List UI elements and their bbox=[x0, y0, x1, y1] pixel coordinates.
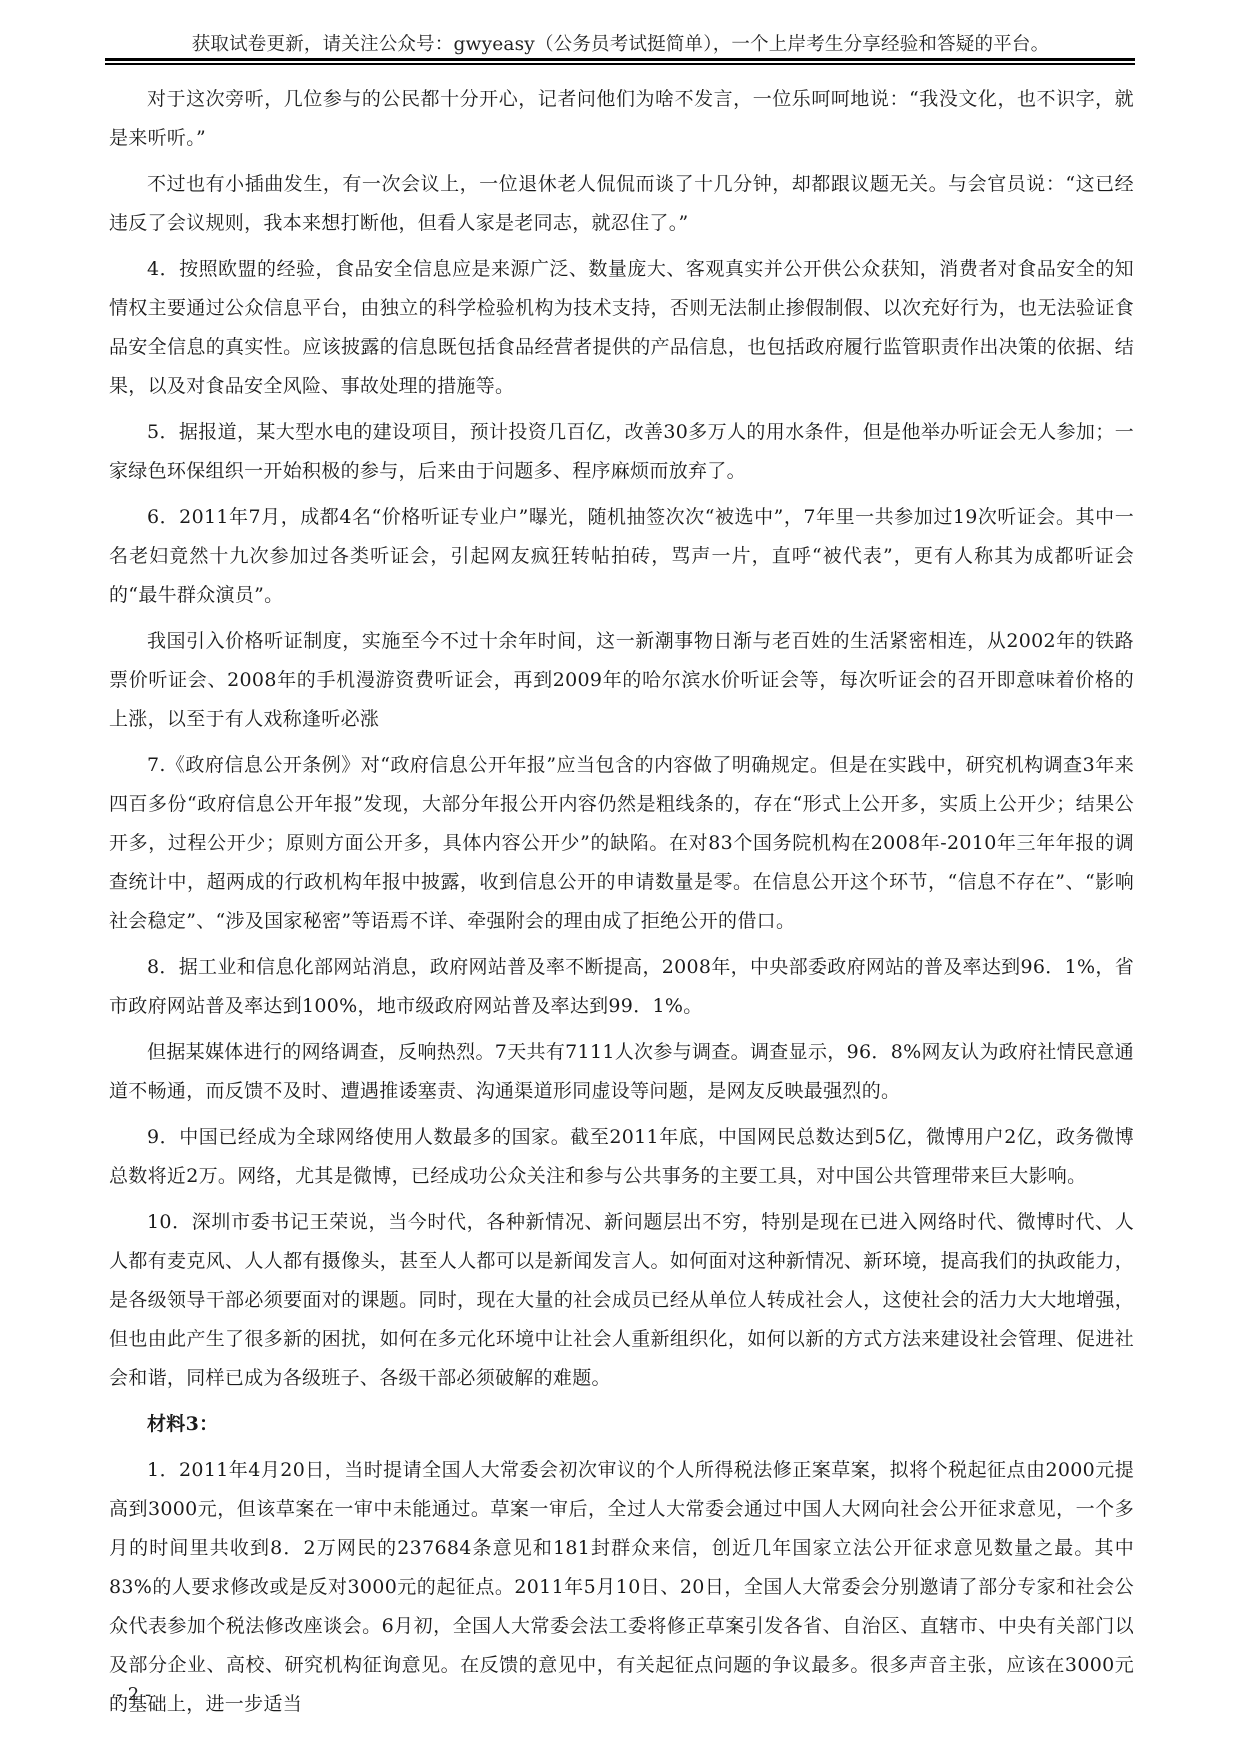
paragraph-item-5: 5．据报道，某大型水电的建设项目，预计投资几百亿，改善30多万人的用水条件，但是… bbox=[109, 413, 1134, 491]
header-double-rule bbox=[105, 58, 1135, 65]
paragraph-item-1: 1．2011年4月20日，当时提请全国人大常委会初次审议的个人所得税法修正案草案… bbox=[109, 1451, 1134, 1724]
paragraph: 我国引入价格听证制度，实施至今不过十余年时间，这一新潮事物日渐与老百姓的生活紧密… bbox=[109, 622, 1134, 739]
document-body: 对于这次旁听，几位参与的公民都十分开心，记者问他们为啥不发言，一位乐呵呵地说：“… bbox=[109, 80, 1134, 1731]
paragraph-item-7: 7.《政府信息公开条例》对“政府信息公开年报”应当包含的内容做了明确规定。但是在… bbox=[109, 746, 1134, 941]
section-heading-material-3: 材料3： bbox=[109, 1405, 1134, 1444]
header-rule-thin bbox=[105, 63, 1135, 65]
paragraph-item-9: 9．中国已经成为全球网络使用人数最多的国家。截至2011年底，中国网民总数达到5… bbox=[109, 1118, 1134, 1196]
paragraph-item-6: 6．2011年7月，成都4名“价格听证专业户”曝光，随机抽签次次“被选中”，7年… bbox=[109, 498, 1134, 615]
page-header-text: 获取试卷更新，请关注公众号：gwyeasy（公务员考试挺简单），一个上岸考生分享… bbox=[0, 30, 1241, 56]
paragraph-item-4: 4．按照欧盟的经验，食品安全信息应是来源广泛、数量庞大、客观真实并公开供公众获知… bbox=[109, 250, 1134, 406]
page-number: - 2 - bbox=[116, 1684, 151, 1705]
paragraph: 不过也有小插曲发生，有一次会议上，一位退休老人侃侃而谈了十几分钟，却都跟议题无关… bbox=[109, 165, 1134, 243]
paragraph: 对于这次旁听，几位参与的公民都十分开心，记者问他们为啥不发言，一位乐呵呵地说：“… bbox=[109, 80, 1134, 158]
paragraph-item-8: 8．据工业和信息化部网站消息，政府网站普及率不断提高，2008年，中央部委政府网… bbox=[109, 948, 1134, 1026]
paragraph: 但据某媒体进行的网络调查，反响热烈。7天共有7111人次参与调查。调查显示，96… bbox=[109, 1033, 1134, 1111]
paragraph-item-10: 10．深圳市委书记王荣说，当今时代，各种新情况、新问题层出不穷，特别是现在已进入… bbox=[109, 1203, 1134, 1398]
